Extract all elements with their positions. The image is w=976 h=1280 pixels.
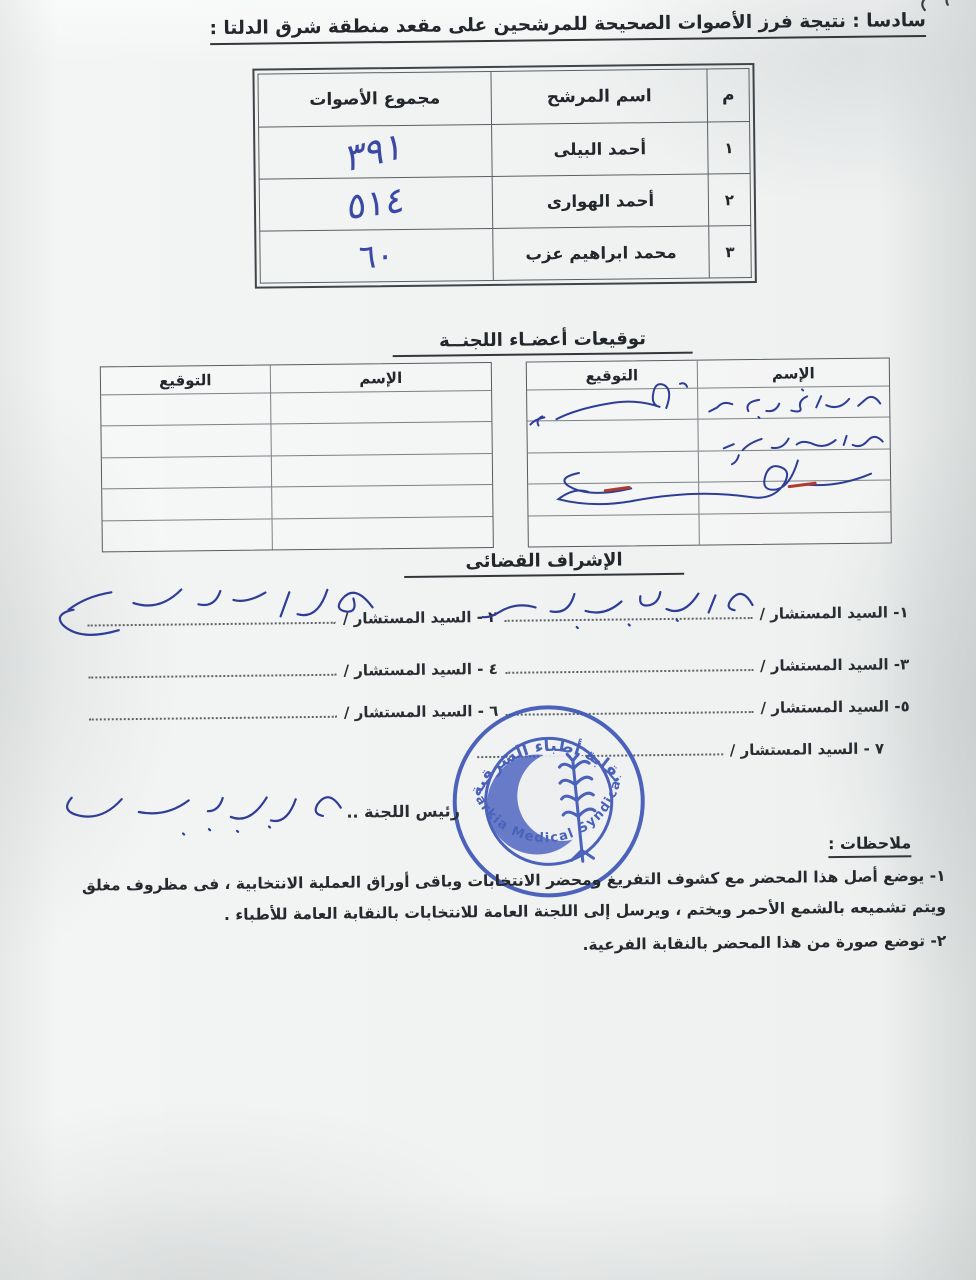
document-heading: سادسا : نتيجة فرز الأصوات الصحيحة للمرشح… — [209, 10, 926, 45]
judicial-line-4: ٧ - السيد المستشار / — [470, 732, 884, 763]
candidate-index: ٢ — [708, 174, 751, 226]
note-item-1: ١- يوضع أصل هذا المحضر مع كشوف التفريغ و… — [67, 861, 946, 933]
candidate-name: محمد ابراهيم عزب — [493, 226, 710, 280]
candidate-index: ١ — [708, 122, 751, 174]
vote-count-cell: ٦٠ — [260, 228, 494, 283]
dotted-line — [88, 621, 336, 627]
consultant-label-2: ٢ - السيد المستشار / — [343, 608, 498, 628]
candidate-name: أحمد البيلى — [492, 122, 709, 176]
scanned-document-page: سادسا : نتيجة فرز الأصوات الصحيحة للمرشح… — [0, 0, 976, 1280]
vote-count-cell: ٥١٤ — [259, 176, 493, 231]
dotted-line — [89, 715, 337, 721]
vote-count-handwritten: ٣٩١ — [345, 122, 405, 181]
judicial-line-2: ٣- السيد المستشار / ٤ - السيد المستشار / — [81, 647, 909, 682]
dotted-line — [505, 710, 753, 716]
candidate-index: ٣ — [709, 226, 752, 278]
signature-row — [102, 484, 492, 520]
consultant-label-6: ٦ - السيد المستشار / — [344, 702, 499, 722]
consultant-label-4: ٤ - السيد المستشار / — [343, 660, 498, 680]
candidate-name: أحمد الهوارى — [492, 174, 709, 228]
note-item-2: ٢- توضع صورة من هذا المحضر بالنقابة الفر… — [68, 926, 946, 967]
results-table: م اسم المرشح مجموع الأصوات ١ أحمد البيلى… — [252, 63, 756, 289]
signature-row — [527, 417, 889, 453]
consultant-label-7: ٧ - السيد المستشار / — [730, 740, 885, 760]
chairman-signature — [96, 780, 347, 847]
signature-row — [528, 511, 890, 547]
signatures-title: توقيعات أعضـاء اللجنــة — [392, 328, 692, 357]
notes-list: ١- يوضع أصل هذا المحضر مع كشوف التفريغ و… — [67, 861, 946, 970]
chairman-line: رئيس اللجنة .. — [107, 778, 460, 846]
candidate-row: ٣ محمد ابراهيم عزب ٦٠ — [260, 226, 752, 284]
judicial-line-1: ١- السيد المستشار / ٢ - السيد المستشار / — [80, 595, 908, 630]
dotted-line — [504, 616, 752, 622]
branch-icon — [557, 752, 599, 863]
signature-table-header: الإسم التوقيع — [527, 358, 889, 389]
vote-count-cell: ٣٩١ — [259, 124, 493, 179]
consultant-label-3: ٣- السيد المستشار / — [760, 655, 909, 675]
consultant-label-1: ١- السيد المستشار / — [759, 603, 908, 623]
signature-row — [101, 390, 491, 426]
col-header-votes: مجموع الأصوات — [258, 71, 492, 127]
dotted-line — [88, 673, 336, 679]
results-header-row: م اسم المرشح مجموع الأصوات — [258, 69, 750, 128]
signature-table-left: الإسم التوقيع — [100, 362, 494, 552]
dotted-line — [477, 752, 723, 758]
signature-table-right: الإسم التوقيع — [526, 357, 892, 547]
signature-row — [102, 453, 492, 489]
judicial-line-3: ٥- السيد المستشار / ٦ - السيد المستشار / — [82, 689, 910, 724]
signature-row — [103, 516, 493, 552]
signature-row — [101, 421, 491, 457]
signature-column-header: التوقيع — [101, 365, 270, 394]
consultant-label-5: ٥- السيد المستشار / — [760, 697, 909, 717]
name-column-header: الإسم — [697, 358, 889, 387]
candidate-row: ٢ أحمد الهوارى ٥١٤ — [259, 174, 751, 232]
judicial-title: الإشراف القضائى — [404, 549, 684, 578]
signature-column-header: التوقيع — [527, 361, 697, 390]
col-header-index: م — [707, 69, 750, 122]
signature-row — [528, 480, 890, 516]
col-header-name: اسم المرشح — [491, 69, 708, 124]
notes-title: ملاحظات : — [828, 833, 912, 858]
signature-row — [528, 448, 890, 484]
signature-row — [527, 385, 889, 421]
crescent-icon — [482, 747, 612, 859]
chairman-label: رئيس اللجنة .. — [346, 801, 460, 821]
vote-count-handwritten: ٥١٤ — [347, 179, 405, 228]
dotted-line — [505, 668, 753, 674]
candidate-row: ١ أحمد البيلى ٣٩١ — [259, 122, 751, 180]
name-column-header: الإسم — [269, 363, 491, 393]
vote-count-handwritten: ٦٠ — [359, 235, 395, 277]
